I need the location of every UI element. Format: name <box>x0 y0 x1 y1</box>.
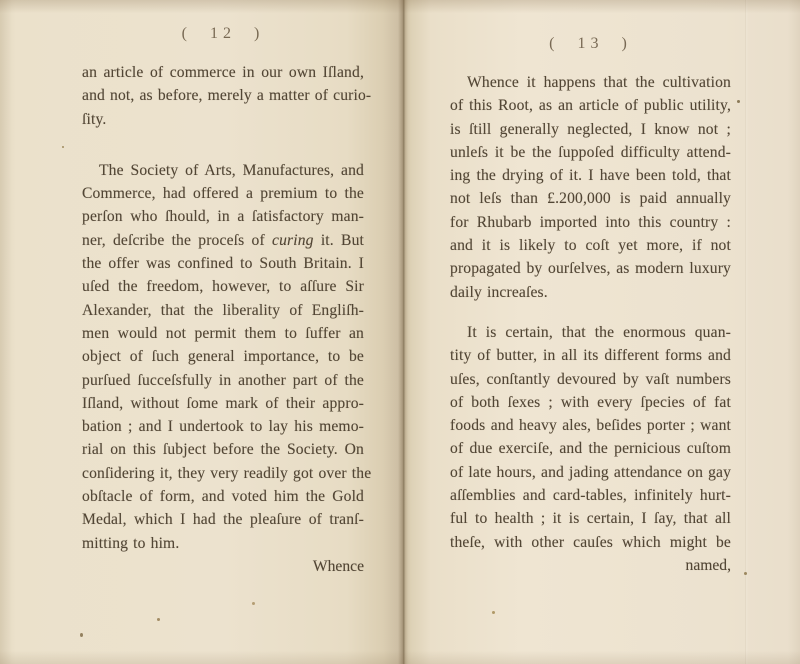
text-line: daily increaſes. <box>450 281 731 304</box>
text-line: and it is likely to coſt yet more, if no… <box>450 234 731 257</box>
text-line: The Society of Arts, Manufactures, and <box>82 159 364 182</box>
text-line: foods and heavy ales, beſides porter ; w… <box>450 414 731 437</box>
paragraph: The Society of Arts, Manufactures, andCo… <box>82 159 364 555</box>
text-line: of this Root, as an article of public ut… <box>450 94 731 117</box>
text-line: Alexander, that the liberality of Engliſ… <box>82 299 364 322</box>
text-line: ſity. <box>82 108 364 131</box>
page-right-text-column: ( 13 ) Whence it happens that the cultiv… <box>450 34 731 577</box>
catchword-left: Whence <box>82 555 364 578</box>
text-line: mitting to him. <box>82 532 364 555</box>
text-line: unleſs it be the ſuppoſed difficulty att… <box>450 141 731 164</box>
catchword-right: named, <box>450 554 731 577</box>
text-line: and not, as before, merely a matter of c… <box>82 84 364 107</box>
page-right-body: Whence it happens that the cultivationof… <box>450 71 731 554</box>
text-line: not leſs than £.200,000 is paid annually <box>450 187 731 210</box>
text-line: ful to health ; it is certain, I ſay, th… <box>450 507 731 530</box>
page-number-right: ( 13 ) <box>450 34 731 54</box>
text-line: uſes, conſtantly devoured by vaſt number… <box>450 368 731 391</box>
text-line: purſued ſucceſsfully in another part of … <box>82 369 364 392</box>
text-line: Commerce, had offered a premium to the <box>82 182 364 205</box>
text-line: ing the drying of it. I have been told, … <box>450 164 731 187</box>
text-line: object of ſuch general importance, to be <box>82 345 364 368</box>
text-line: men would not permit them to ſuffer an <box>82 322 364 345</box>
text-line: perſon who ſhould, in a ſatisfactory man… <box>82 205 364 228</box>
text-line: the offer was confined to South Britain.… <box>82 252 364 275</box>
text-line: aſſemblies and card-tables, infinitely h… <box>450 484 731 507</box>
text-line: conſidering it, they very readily got ov… <box>82 462 364 485</box>
text-line: of both ſexes ; with every ſpecies of fa… <box>450 391 731 414</box>
page-left: ( 12 ) an article of commerce in our own… <box>0 0 403 664</box>
book-spread: ( 12 ) an article of commerce in our own… <box>0 0 800 664</box>
page-left-text-column: ( 12 ) an article of commerce in our own… <box>82 24 364 578</box>
text-line: ner, deſcribe the proceſs of curing it. … <box>82 229 364 252</box>
text-line: tity of butter, in all its different for… <box>450 344 731 367</box>
text-line: It is certain, that the enormous quan- <box>450 321 731 344</box>
text-line: an article of commerce in our own Iſland… <box>82 61 364 84</box>
page-number-left: ( 12 ) <box>82 24 364 44</box>
text-line: obſtacle of form, and voted him the Gold <box>82 485 364 508</box>
text-line: theſe, with other cauſes which might be <box>450 531 731 554</box>
paragraph: It is certain, that the enormous quan-ti… <box>450 321 731 554</box>
text-line: propagated by ourſelves, as modern luxur… <box>450 257 731 280</box>
text-line: for Rhubarb imported into this country : <box>450 211 731 234</box>
page-left-body: an article of commerce in our own Iſland… <box>82 61 364 555</box>
text-line: bation ; and I undertook to lay his memo… <box>82 415 364 438</box>
text-line: uſed the freedom, however, to aſſure Sir <box>82 275 364 298</box>
text-line: is ſtill generally neglected, I know not… <box>450 118 731 141</box>
text-line: of late hours, and jading attendance on … <box>450 461 731 484</box>
paragraph: Whence it happens that the cultivationof… <box>450 71 731 304</box>
text-line: rial on this ſubject before the Society.… <box>82 438 364 461</box>
text-line: Whence it happens that the cultivation <box>450 71 731 94</box>
text-line: of due exerciſe, and the pernicious cuſt… <box>450 437 731 460</box>
page-right: ( 13 ) Whence it happens that the cultiv… <box>403 0 800 664</box>
text-line: Iſland, without ſome mark of their appro… <box>82 392 364 415</box>
text-line: Medal, which I had the pleaſure of tranſ… <box>82 508 364 531</box>
paragraph: an article of commerce in our own Iſland… <box>82 61 364 131</box>
